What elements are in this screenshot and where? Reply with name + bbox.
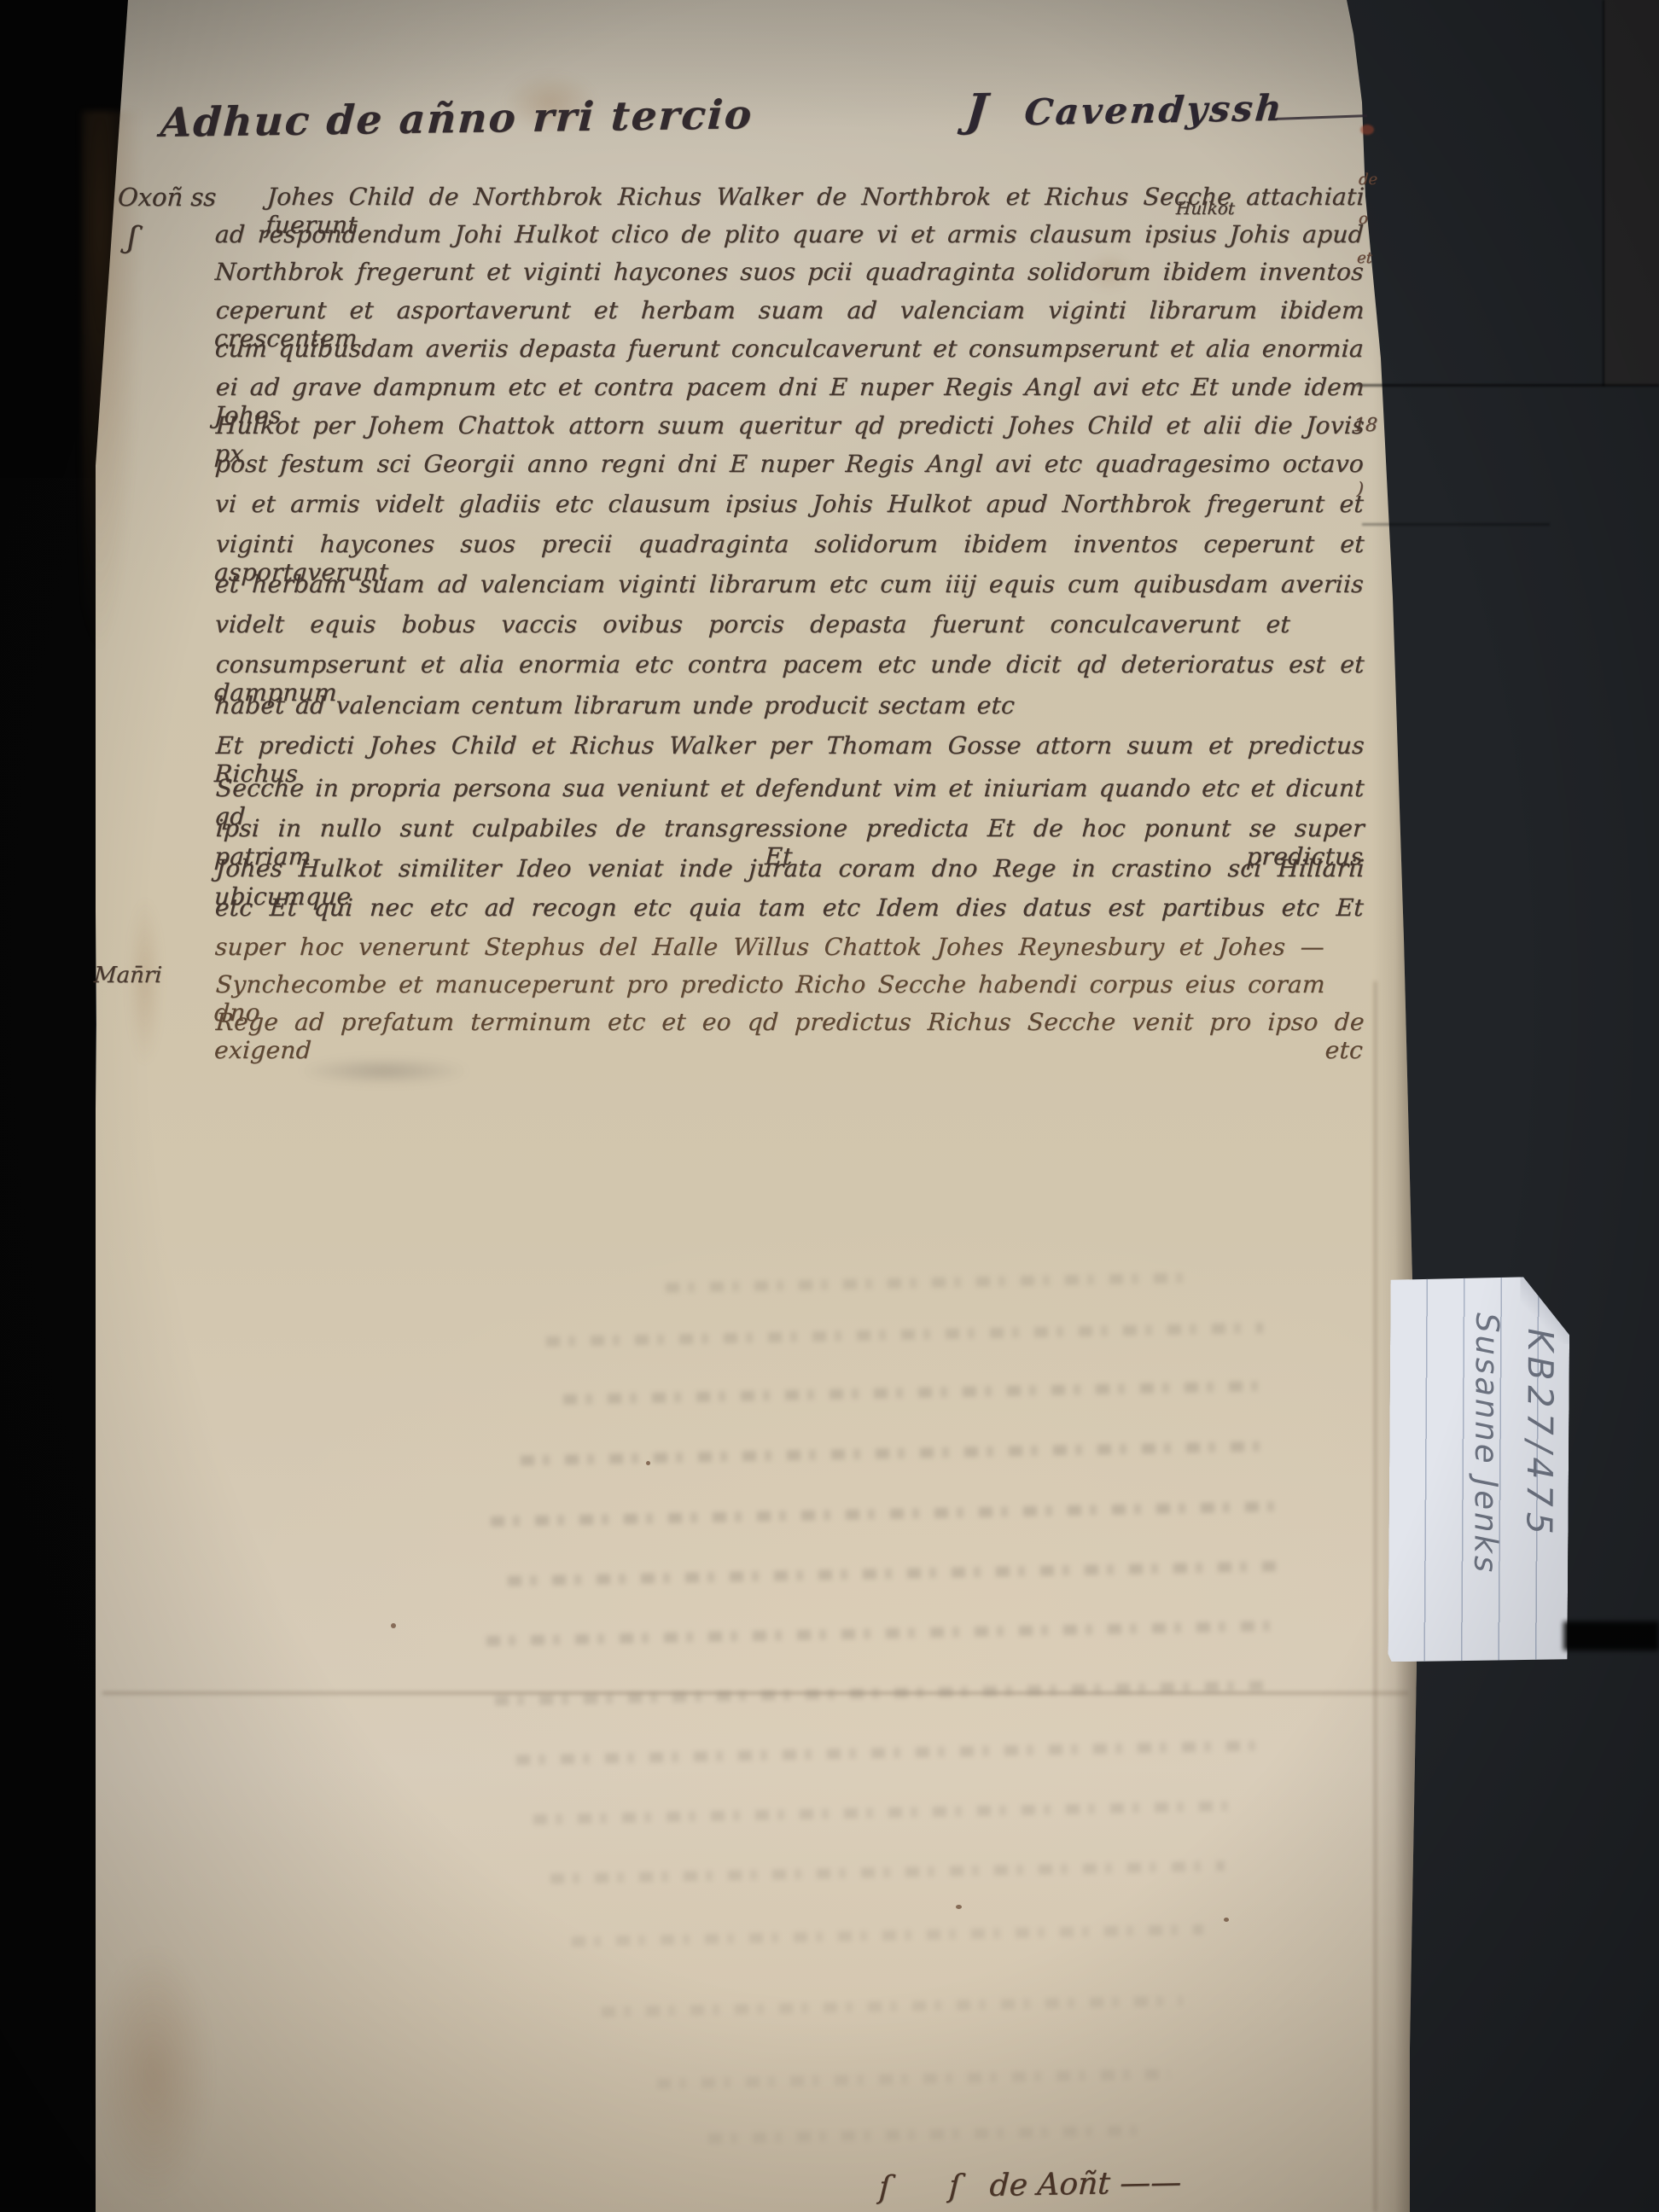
background-seam (1357, 384, 1659, 387)
manuscript-line: ad respondendum Johi Hulkot clico de pli… (214, 220, 1365, 248)
slip-name: Susanne Jenks (1458, 1306, 1514, 1647)
manuscript-line: cum quibusdam averiis depasta fuerunt co… (214, 335, 1365, 363)
manuscript-photo: Adhuc de añno rri tercio J Cavendyssh Ox… (0, 0, 1659, 2212)
roll-heading: Adhuc de añno rri tercio (159, 91, 754, 147)
margin-county: Oxoñ ss (117, 183, 217, 212)
slip-text: KB27/475 Susanne Jenks (1438, 1306, 1569, 1648)
background-crack-shadow (1563, 1621, 1659, 1650)
slip-reference: KB27/475 (1511, 1306, 1569, 1647)
manuscript-line: et herbam suam ad valenciam viginti libr… (214, 570, 1365, 598)
manuscript-line: videlt equis bobus vaccis ovibus porcis … (214, 610, 1291, 638)
justice-signature: J Cavendyssh (963, 79, 1286, 137)
manuscript-line: Northbrok fregerunt et viginti haycones … (214, 258, 1365, 286)
background-panel (1604, 0, 1659, 386)
next-entry-fragment: ſ ſ de Aoñt —— (878, 2165, 1182, 2205)
manuscript-line: super hoc venerunt Stephus del Halle Wil… (214, 933, 1325, 961)
manuscript-line: habet ad valenciam centum librarum unde … (214, 691, 1016, 719)
manuscript-line: Rege ad prefatum terminum etc et eo qd p… (213, 1008, 1365, 1064)
background-seam (1362, 523, 1550, 526)
manuscript-line: etc Et qui nec etc ad recogn etc quia ta… (214, 894, 1365, 922)
manuscript-line: vi et armis videlt gladiis etc clausum i… (214, 490, 1365, 518)
signature-name: Cavendyssh (1022, 87, 1285, 133)
margin-manucaptores: Man̄ri (93, 963, 162, 988)
signature-paraph: J (963, 84, 989, 137)
background-seam (1603, 0, 1604, 386)
manuscript-line: post festum sci Georgii anno regni dni E… (214, 450, 1365, 478)
archival-label-slip: KB27/475 Susanne Jenks (1388, 1276, 1569, 1662)
